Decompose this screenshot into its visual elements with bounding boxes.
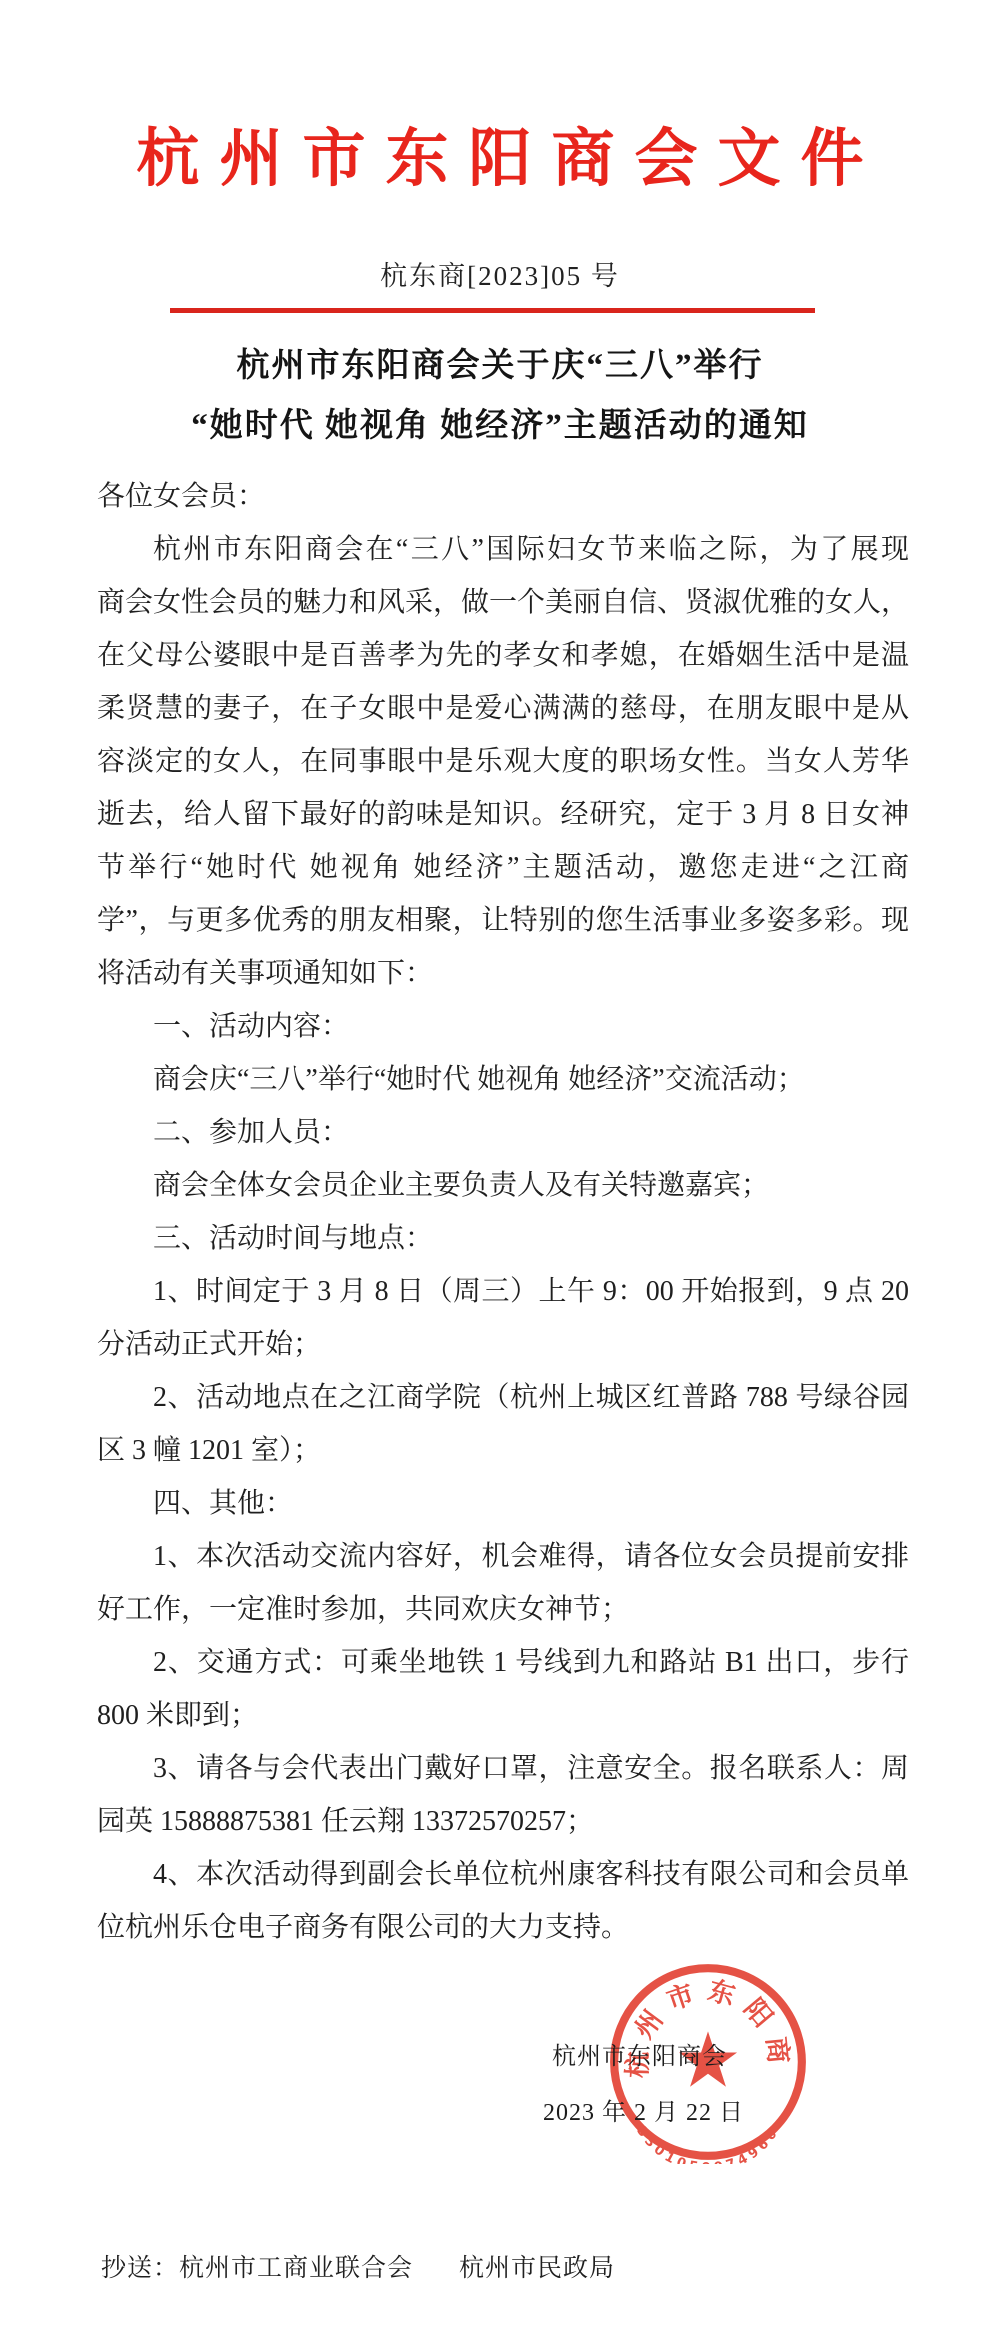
body-text: 各位女会员： 杭州市东阳商会在“三八”国际妇女节来临之际，为了展现 商会女性会员… xyxy=(97,470,909,1954)
body-line: 节举行“她时代 她视角 她经济”主题活动，邀您走进“之江商 xyxy=(97,841,909,894)
cc-item-1: 杭州市工商业联合会 xyxy=(179,2255,413,2282)
body-line-contacts: 园英 15888875381 任云翔 13372570257； xyxy=(97,1795,909,1848)
doc-title-line1: 杭州市东阳商会关于庆“三八”举行 xyxy=(0,340,1000,400)
body-line: 1、本次活动交流内容好，机会难得，请各位女会员提前安排 xyxy=(97,1530,909,1583)
cc-footer: 抄送：杭州市工商业联合会杭州市民政局 xyxy=(101,2248,615,2284)
body-line: 杭州市东阳商会在“三八”国际妇女节来临之际，为了展现 xyxy=(97,523,909,576)
body-line: 分活动正式开始； xyxy=(97,1318,909,1371)
body-line: 柔贤慧的妻子，在子女眼中是爱心满满的慈母，在朋友眼中是从 xyxy=(97,682,909,735)
doc-title: 杭州市东阳商会关于庆“三八”举行 “她时代 她视角 她经济”主题活动的通知 xyxy=(0,340,1000,460)
body-line: 商会庆“三八”举行“她时代 她视角 她经济”交流活动； xyxy=(97,1053,909,1106)
cc-label: 抄送： xyxy=(101,2255,179,2282)
body-line: 学”，与更多优秀的朋友相聚，让特别的您生活事业多姿多彩。现 xyxy=(97,894,909,947)
doc-title-line2: “她时代 她视角 她经济”主题活动的通知 xyxy=(0,400,1000,460)
body-line: 将活动有关事项通知如下： xyxy=(97,947,909,1000)
cc-item-2: 杭州市民政局 xyxy=(459,2255,615,2282)
body-line: 1、时间定于 3 月 8 日（周三）上午 9：00 开始报到，9 点 20 xyxy=(97,1265,909,1318)
body-line: 区 3 幢 1201 室）； xyxy=(97,1424,909,1477)
body-line: 3、请各与会代表出门戴好口罩，注意安全。报名联系人：周 xyxy=(97,1742,909,1795)
body-line-section-2: 二、参加人员： xyxy=(97,1106,909,1159)
body-line-section-1: 一、活动内容： xyxy=(97,1000,909,1053)
body-line: 2、活动地点在之江商学院（杭州上城区红普路 788 号绿谷园 xyxy=(97,1371,909,1424)
doc-number: 杭东商[2023]05 号 xyxy=(0,254,1000,293)
body-line: 800 米即到； xyxy=(97,1689,909,1742)
body-line: 位杭州乐仓电子商务有限公司的大力支持。 xyxy=(97,1901,909,1954)
body-line: 容淡定的女人，在同事眼中是乐观大度的职场女性。当女人芳华 xyxy=(97,735,909,788)
body-line: 在父母公婆眼中是百善孝为先的孝女和孝媳，在婚姻生活中是温 xyxy=(97,629,909,682)
body-line-salutation: 各位女会员： xyxy=(97,470,909,523)
document-page: 杭州市东阳商会文件 杭东商[2023]05 号 杭州市东阳商会关于庆“三八”举行… xyxy=(0,0,1000,2350)
body-line: 商会全体女会员企业主要负责人及有关特邀嘉宾； xyxy=(97,1159,909,1212)
body-line: 4、本次活动得到副会长单位杭州康客科技有限公司和会员单 xyxy=(97,1848,909,1901)
body-line-section-3: 三、活动时间与地点： xyxy=(97,1212,909,1265)
body-line: 好工作，一定准时参加，共同欢庆女神节； xyxy=(97,1583,909,1636)
body-line: 商会女性会员的魅力和风采，做一个美丽自信、贤淑优雅的女人， xyxy=(97,576,909,629)
red-header-title: 杭州市东阳商会文件 xyxy=(0,108,1000,199)
body-line: 逝去，给人留下最好的韵味是知识。经研究，定于 3 月 8 日女神 xyxy=(97,788,909,841)
signature-date: 2023 年 2 月 22 日 xyxy=(543,2092,744,2127)
body-line: 2、交通方式：可乘坐地铁 1 号线到九和路站 B1 出口，步行 xyxy=(97,1636,909,1689)
red-divider-line xyxy=(170,308,815,313)
body-line-section-4: 四、其他： xyxy=(97,1477,909,1530)
signature-org: 杭州市东阳商会 xyxy=(552,2036,727,2071)
